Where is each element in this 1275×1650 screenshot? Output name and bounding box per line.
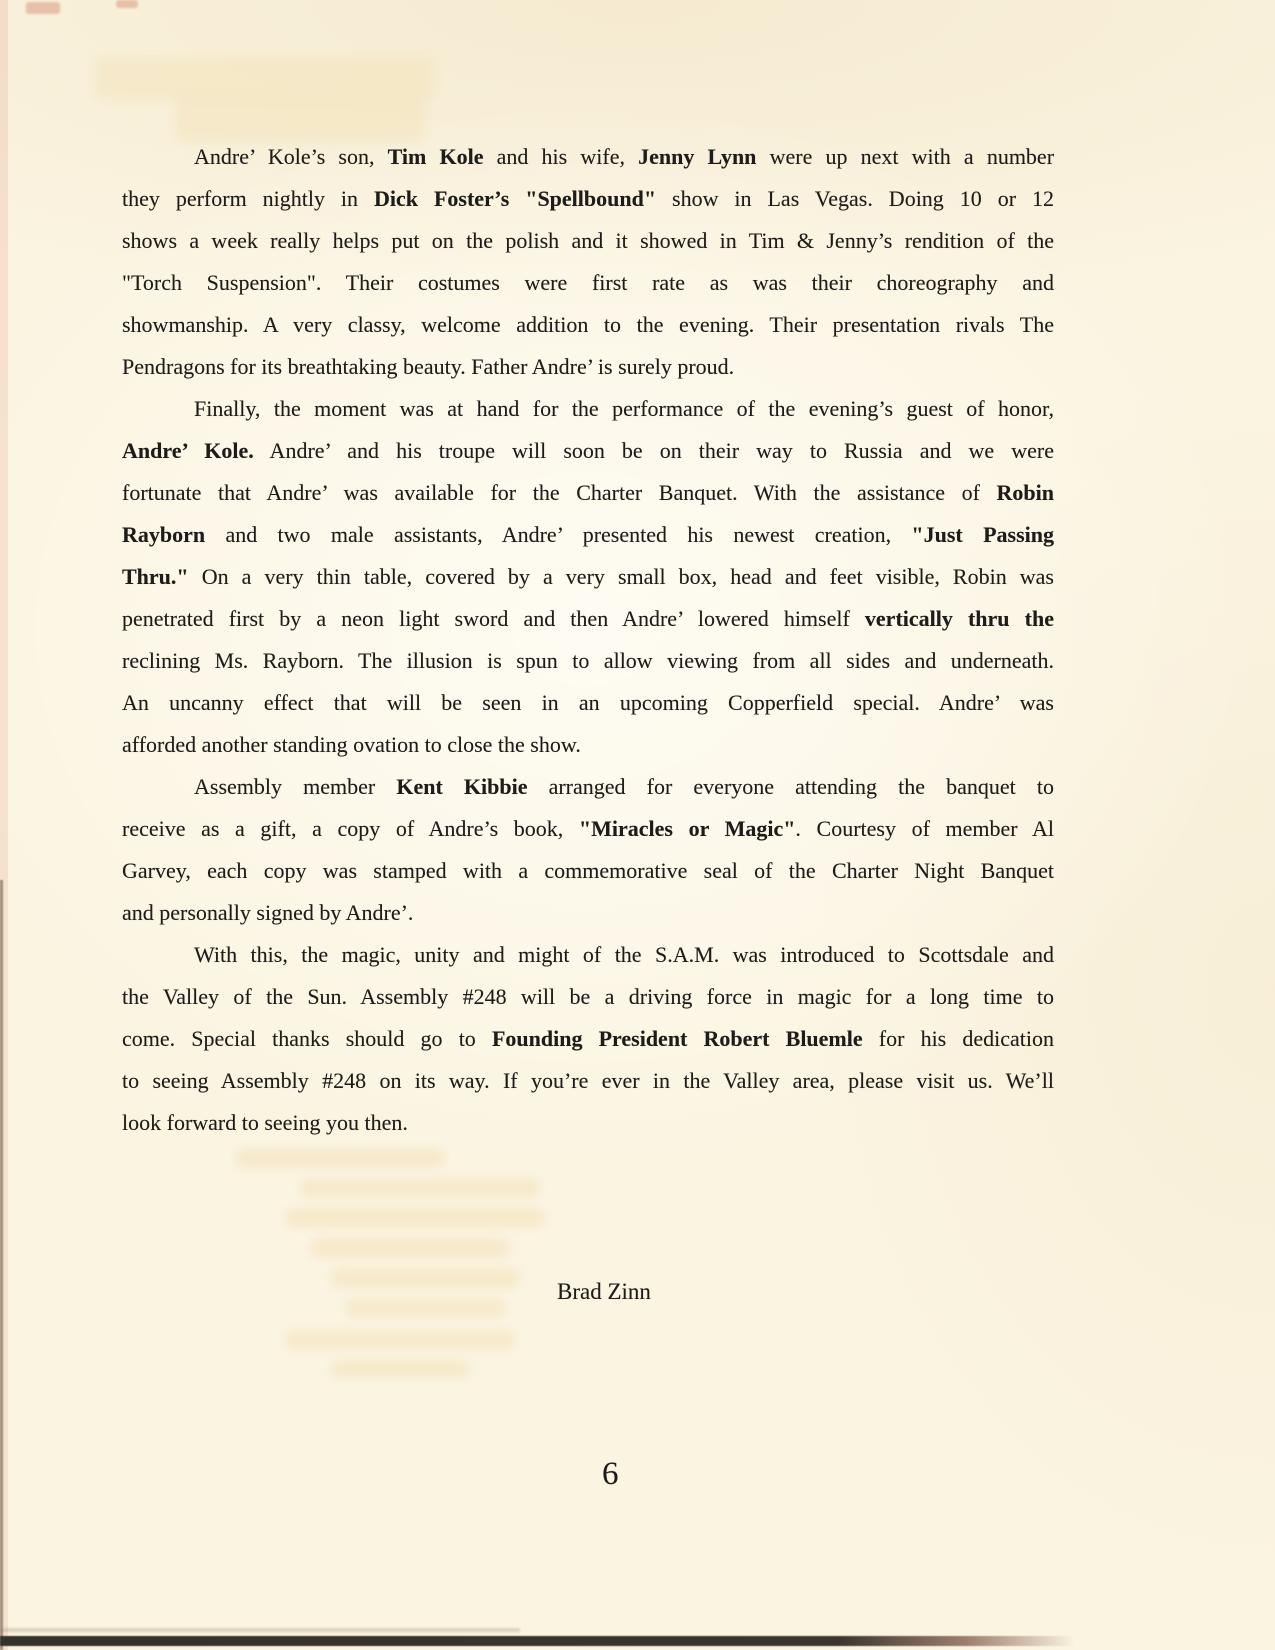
bold-text-segment: Dick Foster’s "Spellbound": [374, 186, 656, 211]
bold-text-segment: Thru.": [122, 564, 189, 589]
text-line: they perform nightly in Dick Foster’s "S…: [122, 178, 1054, 220]
text-line: receive as a gift, a copy of Andre’s boo…: [122, 808, 1054, 850]
text-line: and personally signed by Andre’.: [122, 892, 1054, 934]
top-edge-speck: [116, 0, 138, 8]
text-segment: An uncanny effect that will be seen in a…: [122, 690, 1054, 715]
text-line: An uncanny effect that will be seen in a…: [122, 682, 1054, 724]
bleed-through-ghost: [310, 1238, 510, 1258]
text-line: come. Special thanks should go to Foundi…: [122, 1018, 1054, 1060]
text-segment: Pendragons for its breathtaking beauty. …: [122, 354, 734, 379]
text-segment: to seeing Assembly #248 on its way. If y…: [122, 1068, 1054, 1093]
article-body: Andre’ Kole’s son, Tim Kole and his wife…: [122, 136, 1054, 1144]
text-segment: shows a week really helps put on the pol…: [122, 228, 1054, 253]
text-line: With this, the magic, unity and might of…: [122, 934, 1054, 976]
scanned-page: { "page": { "number": "6", "signature": …: [0, 0, 1275, 1650]
text-line: the Valley of the Sun. Assembly #248 wil…: [122, 976, 1054, 1018]
bleed-through-ghost: [95, 58, 435, 100]
text-line: Pendragons for its breathtaking beauty. …: [122, 346, 1054, 388]
text-segment: fortunate that Andre’ was available for …: [122, 480, 997, 505]
text-segment: and two male assistants, Andre’ presente…: [205, 522, 911, 547]
signature: Brad Zinn: [557, 1279, 651, 1305]
bold-text-segment: "Just Passing: [911, 522, 1054, 547]
bleed-through-ghost: [300, 1178, 540, 1198]
bleed-through-ghost: [285, 1330, 515, 1350]
text-segment: Garvey, each copy was stamped with a com…: [122, 858, 1054, 883]
left-edge-line: [0, 880, 3, 1650]
bleed-through-ghost: [235, 1148, 445, 1168]
text-segment: arranged for everyone attending the banq…: [527, 774, 1054, 799]
text-segment: . Courtesy of member Al: [795, 816, 1054, 841]
text-line: penetrated first by a neon light sword a…: [122, 598, 1054, 640]
paragraph: Andre’ Kole’s son, Tim Kole and his wife…: [122, 136, 1054, 388]
page-number: 6: [602, 1456, 619, 1493]
bold-text-segment: Kent Kibbie: [396, 774, 527, 799]
bold-text-segment: Tim Kole: [388, 144, 484, 169]
text-segment: were up next with a number: [756, 144, 1054, 169]
bold-text-segment: Robin: [997, 480, 1054, 505]
text-line: Andre’ Kole’s son, Tim Kole and his wife…: [122, 136, 1054, 178]
text-line: Garvey, each copy was stamped with a com…: [122, 850, 1054, 892]
text-segment: come. Special thanks should go to: [122, 1026, 492, 1051]
text-segment: the Valley of the Sun. Assembly #248 wil…: [122, 984, 1054, 1009]
text-line: to seeing Assembly #248 on its way. If y…: [122, 1060, 1054, 1102]
bold-text-segment: Founding President Robert Bluemle: [492, 1026, 863, 1051]
text-segment: On a very thin table, covered by a very …: [189, 564, 1054, 589]
paragraph: Finally, the moment was at hand for the …: [122, 388, 1054, 766]
bold-text-segment: Andre’ Kole.: [122, 438, 254, 463]
bottom-edge-streak: [0, 1628, 520, 1632]
text-line: Assembly member Kent Kibbie arranged for…: [122, 766, 1054, 808]
text-segment: penetrated first by a neon light sword a…: [122, 606, 865, 631]
text-segment: reclining Ms. Rayborn. The illusion is s…: [122, 648, 1054, 673]
text-line: reclining Ms. Rayborn. The illusion is s…: [122, 640, 1054, 682]
text-segment: Andre’ and his troupe will soon be on th…: [254, 438, 1054, 463]
text-line: Thru." On a very thin table, covered by …: [122, 556, 1054, 598]
text-segment: With this, the magic, unity and might of…: [194, 942, 1054, 967]
bleed-through-ghost: [330, 1360, 470, 1378]
text-line: fortunate that Andre’ was available for …: [122, 472, 1054, 514]
text-line: Andre’ Kole. Andre’ and his troupe will …: [122, 430, 1054, 472]
top-edge-speck: [26, 2, 60, 14]
text-segment: Finally, the moment was at hand for the …: [194, 396, 1054, 421]
bleed-through-ghost: [330, 1268, 520, 1288]
text-segment: for his dedication: [863, 1026, 1054, 1051]
text-segment: receive as a gift, a copy of Andre’s boo…: [122, 816, 579, 841]
paragraph: With this, the magic, unity and might of…: [122, 934, 1054, 1144]
text-segment: afforded another standing ovation to clo…: [122, 732, 581, 757]
text-segment: Assembly member: [194, 774, 396, 799]
text-line: Rayborn and two male assistants, Andre’ …: [122, 514, 1054, 556]
bleed-through-ghost: [345, 1298, 505, 1318]
text-segment: and personally signed by Andre’.: [122, 900, 413, 925]
text-line: look forward to seeing you then.: [122, 1102, 1054, 1144]
bold-text-segment: Rayborn: [122, 522, 205, 547]
text-line: afforded another standing ovation to clo…: [122, 724, 1054, 766]
bottom-edge-band: [0, 1636, 1075, 1646]
text-segment: look forward to seeing you then.: [122, 1110, 408, 1135]
text-line: Finally, the moment was at hand for the …: [122, 388, 1054, 430]
text-line: showmanship. A very classy, welcome addi…: [122, 304, 1054, 346]
bleed-through-ghost: [285, 1208, 545, 1228]
text-line: shows a week really helps put on the pol…: [122, 220, 1054, 262]
text-segment: Andre’ Kole’s son,: [194, 144, 388, 169]
text-line: "Torch Suspension". Their costumes were …: [122, 262, 1054, 304]
bold-text-segment: Jenny Lynn: [638, 144, 756, 169]
text-segment: show in Las Vegas. Doing 10 or 12: [656, 186, 1054, 211]
text-segment: showmanship. A very classy, welcome addi…: [122, 312, 1054, 337]
bold-text-segment: "Miracles or Magic": [579, 816, 796, 841]
bold-text-segment: vertically thru the: [865, 606, 1054, 631]
text-segment: "Torch Suspension". Their costumes were …: [122, 270, 1054, 295]
text-segment: they perform nightly in: [122, 186, 374, 211]
text-segment: and his wife,: [483, 144, 638, 169]
paragraph: Assembly member Kent Kibbie arranged for…: [122, 766, 1054, 934]
